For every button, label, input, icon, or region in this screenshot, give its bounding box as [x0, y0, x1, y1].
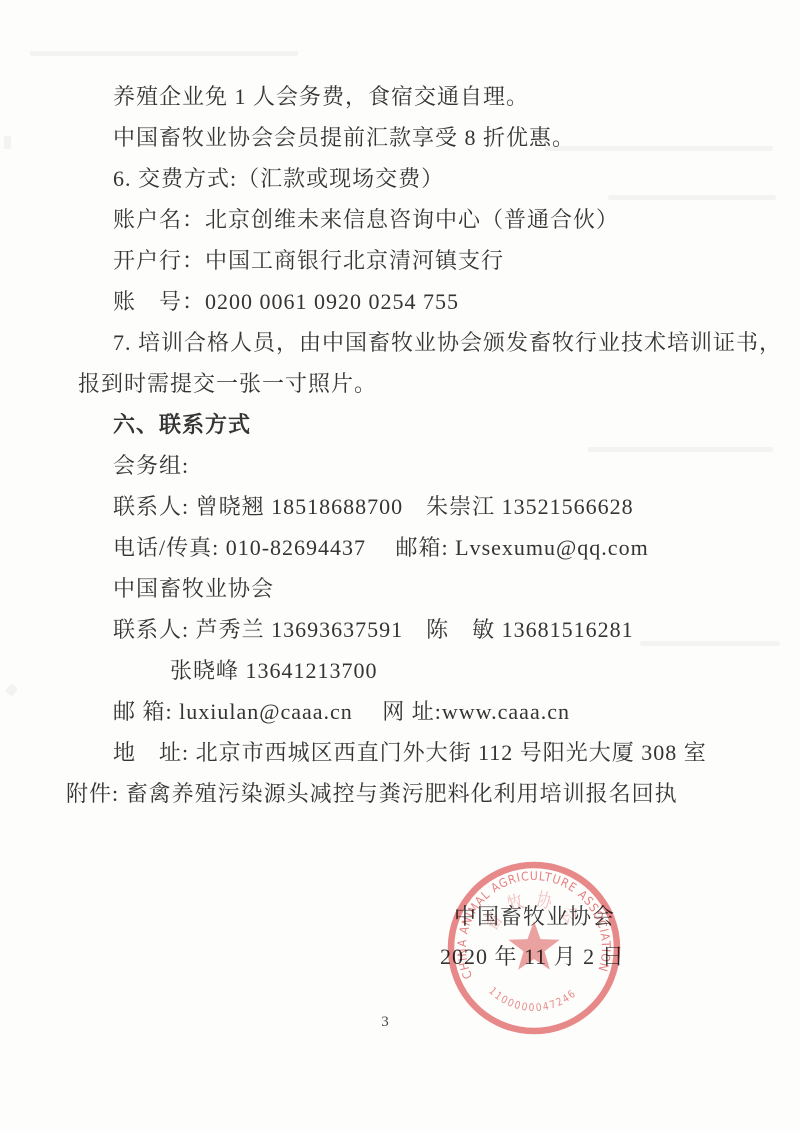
- seal-number-arc-text-holder: 1100000047246: [486, 985, 579, 1014]
- email-website-line: 邮 箱: luxiulan@caaa.cn 网 址:www.caaa.cn: [113, 691, 800, 732]
- phone-fax-email-line: 电话/传真: 010-82694437 邮箱: Lvsexumu@qq.com: [113, 527, 800, 568]
- certificate-line: 7. 培训合格人员，由中国畜牧业协会颁发畜牧行业技术培训证书，: [113, 322, 800, 363]
- member-discount-line: 中国畜牧业协会会员提前汇款享受 8 折优惠。: [113, 117, 800, 158]
- fee-note-line: 养殖企业免 1 人会务费，食宿交通自理。: [113, 76, 800, 117]
- account-number-line: 账 号：0200 0061 0920 0254 755: [113, 281, 800, 322]
- bank-line: 开户行：中国工商银行北京清河镇支行: [113, 240, 800, 281]
- attachment-line: 附件: 畜禽养殖污染源头减控与粪污肥料化利用培训报名回执: [66, 773, 800, 814]
- signature-org: 中国畜牧业协会: [454, 902, 625, 932]
- page-number: 3: [355, 1014, 415, 1031]
- address-line: 地 址: 北京市西城区西直门外大街 112 号阳光大厦 308 室: [113, 732, 800, 773]
- contact-persons-line-2: 联系人: 芦秀兰 13693637591 陈 敏 13681516281: [113, 609, 800, 650]
- seal-registration-number: 1100000047246: [486, 985, 579, 1014]
- contact-section-heading: 六、联系方式: [113, 404, 800, 445]
- scan-artifact: [30, 51, 298, 56]
- association-name-line: 中国畜牧业协会: [113, 568, 800, 609]
- signature-block: 中国畜牧业协会 2020 年 11 月 2 日: [440, 902, 625, 972]
- payment-method-line: 6. 交费方式:（汇款或现场交费）: [113, 158, 800, 199]
- contact-persons-line-3: 张晓峰 13641213700: [170, 650, 800, 691]
- conference-group-label: 会务组:: [113, 445, 800, 486]
- document-page: 养殖企业免 1 人会务费，食宿交通自理。 中国畜牧业协会会员提前汇款享受 8 折…: [0, 0, 800, 1131]
- signature-date: 2020 年 11 月 2 日: [440, 942, 625, 972]
- photo-required-line: 报到时需提交一张一寸照片。: [78, 363, 800, 404]
- document-body: 养殖企业免 1 人会务费，食宿交通自理。 中国畜牧业协会会员提前汇款享受 8 折…: [0, 76, 800, 814]
- contact-persons-line-1: 联系人: 曾晓翘 18518688700 朱崇江 13521566628: [113, 486, 800, 527]
- account-name-line: 账户名：北京创维未来信息咨询中心（普通合伙）: [113, 199, 800, 240]
